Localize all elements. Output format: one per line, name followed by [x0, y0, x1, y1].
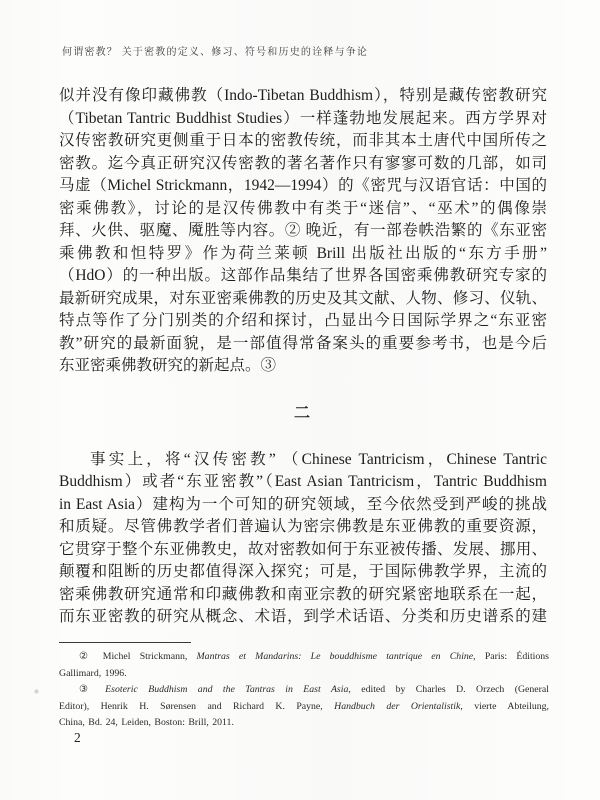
text-line: 最新研究成果，对东亚密乘佛教的历史及其文献、人物、修习、仪轨、	[59, 288, 547, 311]
footnote-line: Editor), Henrik H. Sørensen and Richard …	[59, 699, 549, 716]
footnote-line: ③ Esoteric Buddhism and the Tantras in E…	[59, 682, 549, 699]
footnote-marker: ②	[79, 651, 94, 662]
text-line: 事实上，将“汉传密教” （Chinese Tantricism，Chinese …	[59, 449, 547, 472]
text-line: 拜、火供、驱魔、魇胜等内容。② 晚近，有一部卷帙浩繁的《东亚密	[59, 220, 547, 243]
text-line: 东亚密乘佛教研究的新起点。③	[59, 355, 547, 378]
footnote-separator	[59, 642, 191, 643]
text-line: 密乘佛教》，讨论的是汉传佛教中有类于“迷信”、“巫术”的偶像崇	[59, 198, 547, 221]
text-line: 特点等作了分门别类的介绍和探讨，凸显出今日国际学界之“东亚密	[59, 310, 547, 333]
text-line: （HdO）的一种出版。这部作品集结了世界各国密乘佛教研究专家的	[59, 265, 547, 288]
text-line: in East Asia）建构为一个可知的研究领域，至今依然受到严峻的挑战	[59, 494, 547, 517]
text-line: 而东亚密教的研究从概念、术语，到学术话语、分类和历史谱系的建	[59, 606, 547, 629]
text-line: 和质疑。尽管佛教学者们普遍认为密宗佛教是东亚佛教的重要资源，	[59, 516, 547, 539]
footnote-3: ③ Esoteric Buddhism and the Tantras in E…	[59, 682, 549, 732]
page-number: 2	[74, 730, 81, 746]
text-line: 马虚（Michel Strickmann，1942—1994）的《密咒与汉语官话…	[59, 175, 547, 198]
footnote-line: China, Bd. 24, Leiden, Boston: Brill, 20…	[59, 715, 549, 732]
footnote-line: ② Michel Strickmann, Mantras et Mandarin…	[59, 649, 549, 666]
footnote-2: ② Michel Strickmann, Mantras et Mandarin…	[59, 649, 549, 682]
scan-artifact	[34, 689, 39, 694]
text-line: （Tibetan Tantric Buddhist Studies）一样蓬勃地发…	[59, 108, 547, 131]
book-title: Mantras et Mandarins: Le bouddhisme tant…	[197, 651, 474, 662]
text-line: 它贯穿于整个东亚佛教史，故对密教如何于东亚被传播、发展、挪用、	[59, 539, 547, 562]
text-line: 汉传密教研究更侧重于日本的密教传统，而非其本土唐代中国所传之	[59, 130, 547, 153]
running-header: 何谓密教？ 关于密教的定义、修习、符号和历史的诠释与争论	[62, 43, 368, 58]
book-title: Esoteric Buddhism and the Tantras in Eas…	[105, 684, 348, 695]
footnotes: ② Michel Strickmann, Mantras et Mandarin…	[59, 649, 549, 732]
paragraph-1: 似并没有像印藏佛教（Indo-Tibetan Buddhism），特别是藏传密教…	[59, 85, 547, 378]
text-line: 似并没有像印藏佛教（Indo-Tibetan Buddhism），特别是藏传密教…	[59, 85, 547, 108]
text-line: 颠覆和阻断的历史都值得深入探究；可是，于国际佛教学界，主流的	[59, 561, 547, 584]
series-title: Handbuch der Orientalistik	[334, 701, 460, 712]
footnote-marker: ③	[79, 684, 95, 695]
text-line: 密乘佛教研究通常和印藏佛教和南亚宗教的研究紧密地联系在一起，	[59, 584, 547, 607]
text-line: Buddhism）或者“东亚密教”（East Asian Tantricism，…	[59, 471, 547, 494]
scanned-book-page: 何谓密教？ 关于密教的定义、修习、符号和历史的诠释与争论 似并没有像印藏佛教（I…	[0, 0, 600, 800]
paragraph-2: 事实上，将“汉传密教” （Chinese Tantricism，Chinese …	[59, 449, 547, 629]
text-line: 乘佛教和怛特罗》作为荷兰莱顿 Brill 出版社出版的“东方手册”	[59, 243, 547, 266]
text-line: 密教。迄今真正研究汉传密教的著名著作只有寥寥可数的几部，如司	[59, 153, 547, 176]
footnote-line: Gallimard, 1996.	[59, 666, 549, 683]
text-line: 教”研究的最新面貌，是一部值得常备案头的重要参考书，也是今后	[59, 333, 547, 356]
section-heading: 二	[59, 403, 547, 425]
body-text: 似并没有像印藏佛教（Indo-Tibetan Buddhism），特别是藏传密教…	[59, 85, 547, 629]
